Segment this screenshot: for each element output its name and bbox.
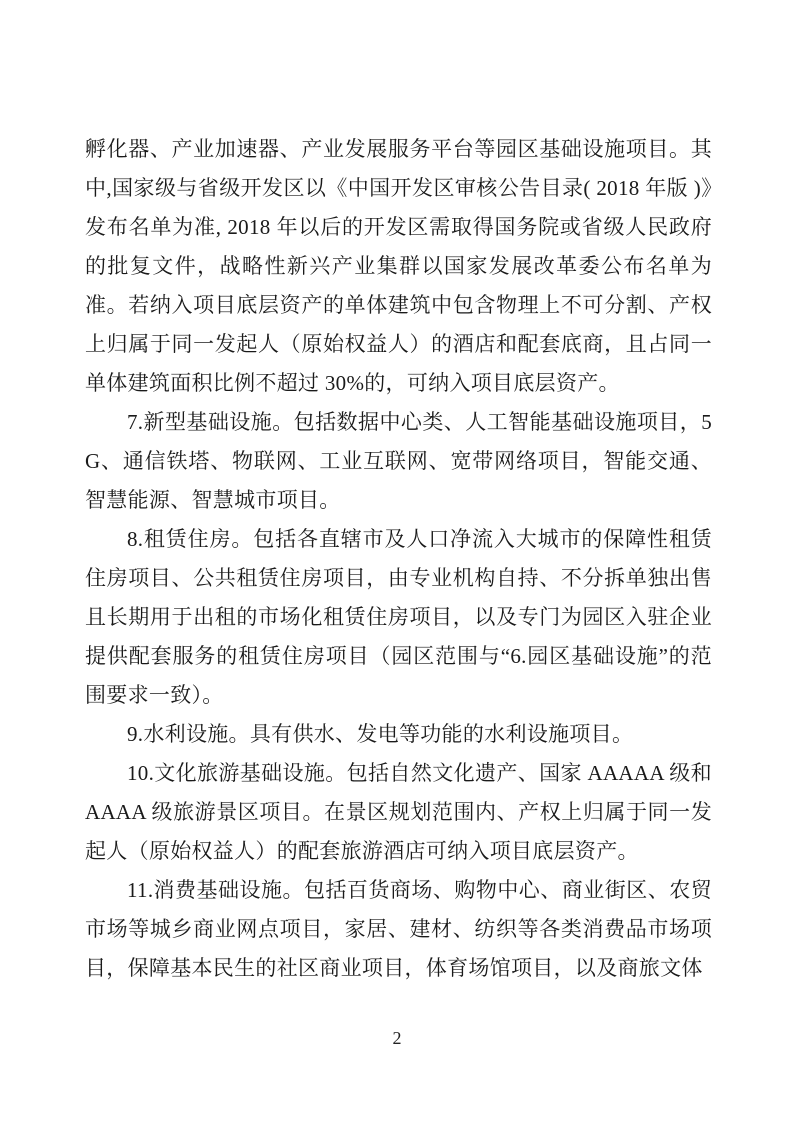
paragraph-item-7: 7.新型基础设施。包括数据中心类、人工智能基础设施项目，5G、通信铁塔、物联网、… [85,403,712,520]
page-number: 2 [0,1026,794,1050]
document-body: 孵化器、产业加速器、产业发展服务平台等园区基础设施项目。其中,国家级与省级开发区… [85,130,712,988]
paragraph-item-9: 9.水利设施。具有供水、发电等功能的水利设施项目。 [85,715,712,754]
paragraph-item-11: 11.消费基础设施。包括百货商场、购物中心、商业街区、农贸市场等城乡商业网点项目… [85,871,712,988]
paragraph-item-8: 8.租赁住房。包括各直辖市及人口净流入大城市的保障性租赁住房项目、公共租赁住房项… [85,520,712,715]
document-page: 孵化器、产业加速器、产业发展服务平台等园区基础设施项目。其中,国家级与省级开发区… [0,0,794,1123]
paragraph-item-10: 10.文化旅游基础设施。包括自然文化遗产、国家 AAAAA 级和 AAAA 级旅… [85,754,712,871]
paragraph-continuation: 孵化器、产业加速器、产业发展服务平台等园区基础设施项目。其中,国家级与省级开发区… [85,130,712,403]
